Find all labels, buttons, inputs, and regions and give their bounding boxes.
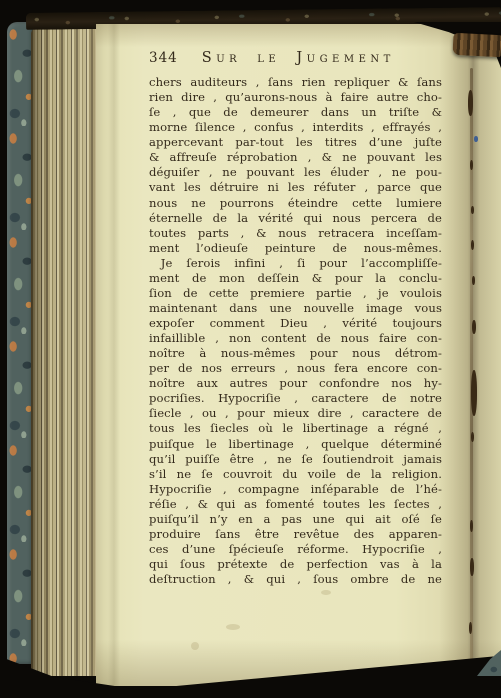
text-line: & affreuſe réprobation , & ne pouvant le… bbox=[149, 150, 442, 165]
running-header: 344 Sur le Jugement bbox=[149, 50, 442, 69]
gutter-stain bbox=[474, 136, 478, 142]
gutter-stain bbox=[469, 622, 472, 634]
gutter-stain bbox=[470, 558, 474, 576]
text-line: pocriſies. Hypocriſie , caractere de not… bbox=[149, 391, 442, 406]
foxing-spot bbox=[226, 624, 240, 630]
text-line: toutes parts , & nous retracera inceſſam… bbox=[149, 226, 442, 241]
gutter-stain bbox=[471, 370, 477, 416]
printed-text-block: 344 Sur le Jugement chers auditeurs , ſa… bbox=[149, 50, 442, 587]
gutter-stain bbox=[472, 276, 475, 285]
page-number: 344 bbox=[149, 50, 178, 66]
gutter-stain bbox=[468, 90, 473, 116]
text-line: noître à nous-mêmes pour nous détrom- bbox=[149, 346, 442, 361]
gutter-stain bbox=[470, 160, 473, 170]
text-line: ſe , que de demeurer dans un triſte & bbox=[149, 105, 442, 120]
text-line: morne ſilence , confus , interdits , eff… bbox=[149, 120, 442, 135]
gutter-stain bbox=[470, 520, 473, 532]
text-line: expoſer comment Dieu , vérité toujours bbox=[149, 316, 442, 331]
book-photo: 344 Sur le Jugement chers auditeurs , ſa… bbox=[0, 0, 501, 698]
text-line: per de nos erreurs , nous fera encore co… bbox=[149, 361, 442, 376]
text-line: nous ne pourrons éteindre cette lumiere bbox=[149, 196, 442, 211]
text-line: qui ſous prétexte de perfection vas à la bbox=[149, 557, 442, 572]
foxing-spot bbox=[191, 642, 199, 650]
paragraph-1: chers auditeurs , ſans rien repliquer & … bbox=[149, 75, 442, 256]
endband bbox=[452, 33, 501, 57]
text-line: chers auditeurs , ſans rien repliquer & … bbox=[149, 75, 442, 90]
running-title: Sur le Jugement bbox=[202, 50, 395, 66]
text-line: maintenant dans une nouvelle image vous bbox=[149, 301, 442, 316]
text-line: qu’il puiſſe être , ne ſe ſoutiendroit j… bbox=[149, 452, 442, 467]
text-line: infaillible , non content de nous faire … bbox=[149, 331, 442, 346]
text-line: ces d’une ſpécieuſe réforme. Hypocriſie … bbox=[149, 542, 442, 557]
text-line: produire ſans être revêtue des apparen- bbox=[149, 527, 442, 542]
text-line: ſiecle , ou , pour mieux dire , caracter… bbox=[149, 406, 442, 421]
text-line: déguiſer , ne pouvant les éluder , ne po… bbox=[149, 165, 442, 180]
text-line: puiſque le libertinage , quelque détermi… bbox=[149, 437, 442, 452]
foxing-spot bbox=[321, 590, 331, 595]
text-line: deſtruction , & qui , ſous ombre de ne bbox=[149, 572, 442, 587]
text-line: s’il ne ſe couvroit du voile de la relig… bbox=[149, 467, 442, 482]
text-line: tous les ſiecles où le libertinage a rég… bbox=[149, 421, 442, 436]
text-line: noître aux autres pour confondre nos hy- bbox=[149, 376, 442, 391]
gutter-stain bbox=[471, 432, 474, 442]
text-line: Hypocriſie , compagne inſéparable de l’h… bbox=[149, 482, 442, 497]
text-line: ſion de cette premiere partie , je voulo… bbox=[149, 286, 442, 301]
text-line: appercevant par-tout les titres d’une ju… bbox=[149, 135, 442, 150]
text-line: Je ſerois infini , ſi pour l’accompliſſe… bbox=[149, 256, 442, 271]
paragraph-2: Je ſerois infini , ſi pour l’accompliſſe… bbox=[149, 256, 442, 587]
page-left-fold-shadow bbox=[108, 24, 120, 686]
page-edges-stack bbox=[31, 28, 101, 676]
text-line: ment l’odieuſe peinture de nous-mêmes. bbox=[149, 241, 442, 256]
text-line: réſie , & qui as fomenté toutes les ſect… bbox=[149, 497, 442, 512]
text-line: vant les détruire ni les réfuter , parce… bbox=[149, 180, 442, 195]
text-line: puiſqu’il n’y en a pas une qui ait oſé ſ… bbox=[149, 512, 442, 527]
body-text: chers auditeurs , ſans rien repliquer & … bbox=[149, 75, 442, 587]
gutter-stain bbox=[471, 206, 474, 214]
text-line: éternelle de la vérité qui nous percera … bbox=[149, 211, 442, 226]
gutter-stain bbox=[472, 320, 476, 334]
text-line: rien dire , qu’aurons-nous à faire autre… bbox=[149, 90, 442, 105]
text-line: ment de mon deſſein & pour la conclu- bbox=[149, 271, 442, 286]
gutter-stain bbox=[471, 240, 474, 250]
